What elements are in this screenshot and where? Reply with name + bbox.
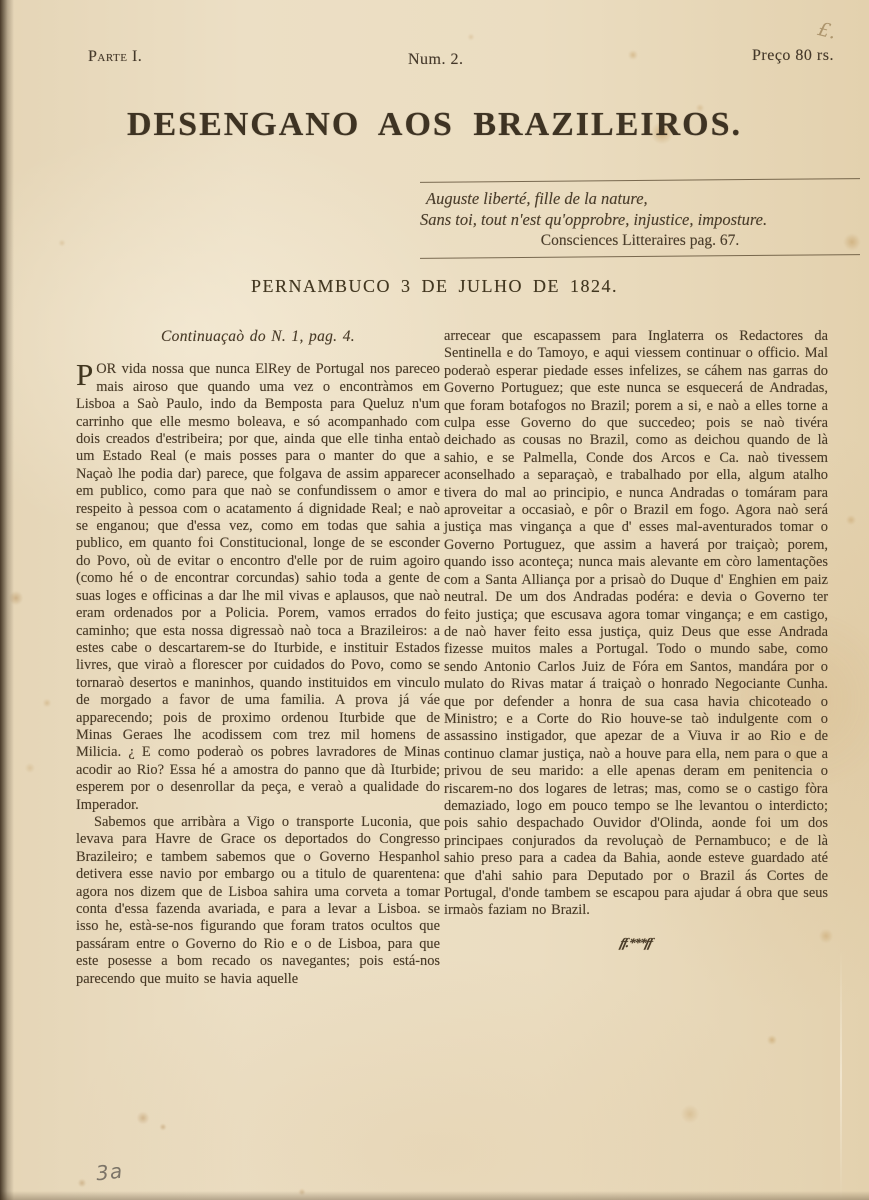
right-column: arrecear que escapassem para Inglaterra … xyxy=(444,328,828,951)
book-gutter-shadow xyxy=(0,0,14,1200)
epigraph-citation: Consciences Litteraires pag. 67. xyxy=(420,230,860,251)
page-bottom-shadow xyxy=(0,1191,869,1200)
masthead-title: DESENGANO AOS BRAZILEIROS. xyxy=(0,106,869,144)
right-column-paragraph: arrecear que escapassem para Inglaterra … xyxy=(444,328,828,920)
continuation-heading: Continuaçaò do N. 1, pag. 4. xyxy=(76,328,440,345)
epigraph-line-2: Sans toi, tout n'est qu'opprobre, injust… xyxy=(420,209,860,230)
epigraph-line-1: Auguste liberté, fille de la nature, xyxy=(420,188,860,209)
epigraph-rule-bottom xyxy=(420,254,860,259)
end-ornament: ff.***ff xyxy=(442,934,830,951)
pencil-annotation-top: £. xyxy=(816,18,839,44)
dropcap-initial: P xyxy=(76,361,96,388)
header-part-number: Parte I. xyxy=(88,48,142,66)
left-column: Continuaçaò do N. 1, pag. 4. POR vida no… xyxy=(76,328,440,988)
left-column-paragraph-1-text: OR vida nossa que nunca ElRey de Portuga… xyxy=(76,361,440,812)
page-crease xyxy=(840,950,842,1200)
left-column-paragraph-1: POR vida nossa que nunca ElRey de Portug… xyxy=(76,361,440,814)
newspaper-page: Parte I. Num. 2. Preço 80 rs. £. DESENGA… xyxy=(0,0,869,1200)
epigraph-block: Auguste liberté, fille de la nature, San… xyxy=(420,180,860,257)
dateline: PERNAMBUCO 3 DE JULHO DE 1824. xyxy=(0,276,869,297)
pencil-annotation-bottom: 3a xyxy=(95,1159,124,1186)
header-issue-number: Num. 2. xyxy=(408,51,464,69)
epigraph-rule-top xyxy=(420,178,860,183)
header-price: Preço 80 rs. xyxy=(752,47,834,65)
left-column-paragraph-2: Sabemos que arribàra a Vigo o transporte… xyxy=(76,814,440,988)
